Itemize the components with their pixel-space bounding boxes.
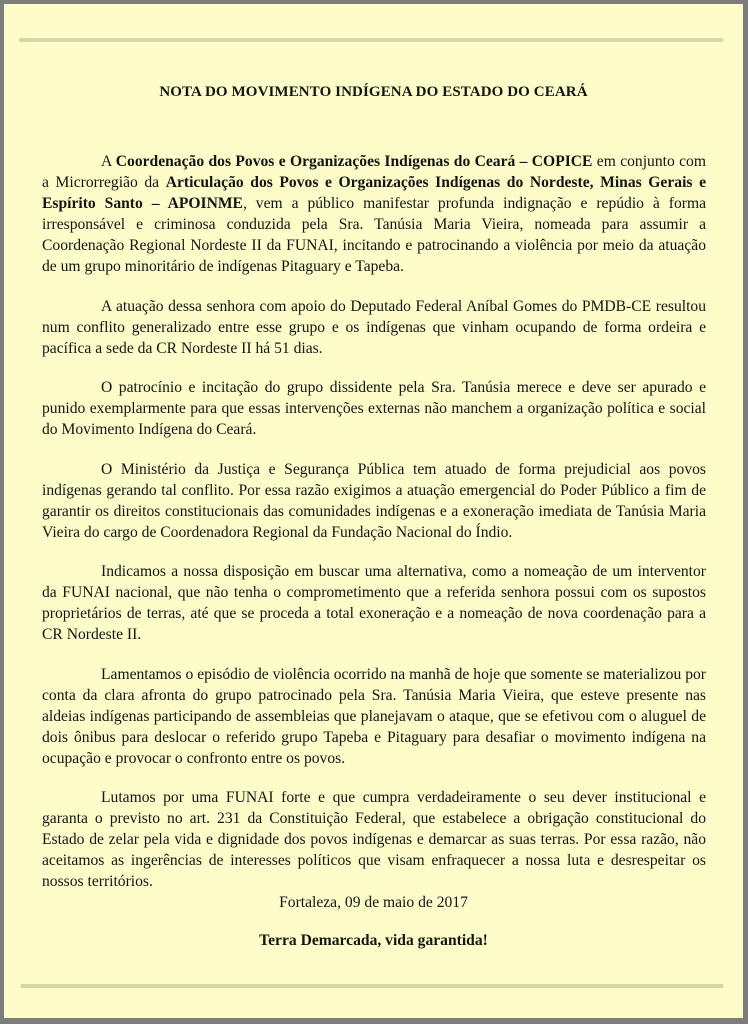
paragraph-5: Indicamos a nossa disposição em buscar u… — [42, 561, 706, 645]
paragraph-1: A Coordenação dos Povos e Organizações I… — [42, 151, 706, 277]
paragraph-3: O patrocínio e incitação do grupo dissid… — [42, 377, 706, 440]
top-divider — [19, 38, 723, 42]
date-line: Fortaleza, 09 de maio de 2017 — [4, 894, 743, 912]
copice-name: Coordenação dos Povos e Organizações Ind… — [116, 153, 593, 170]
paragraph-1-text-a: A — [101, 153, 116, 170]
document-page: NOTA DO MOVIMENTO INDÍGENA DO ESTADO DO … — [4, 4, 743, 1018]
motto: Terra Demarcada, vida garantida! — [4, 932, 743, 950]
document-body: A Coordenação dos Povos e Organizações I… — [42, 151, 706, 911]
paragraph-2: A atuação dessa senhora com apoio do Dep… — [42, 296, 706, 359]
paragraph-4: O Ministério da Justiça e Segurança Públ… — [42, 459, 706, 543]
paragraph-6: Lamentamos o episódio de violência ocorr… — [42, 664, 706, 769]
bottom-divider — [21, 984, 723, 988]
paragraph-7: Lutamos por uma FUNAI forte e que cumpra… — [42, 787, 706, 892]
document-title: NOTA DO MOVIMENTO INDÍGENA DO ESTADO DO … — [4, 84, 743, 101]
